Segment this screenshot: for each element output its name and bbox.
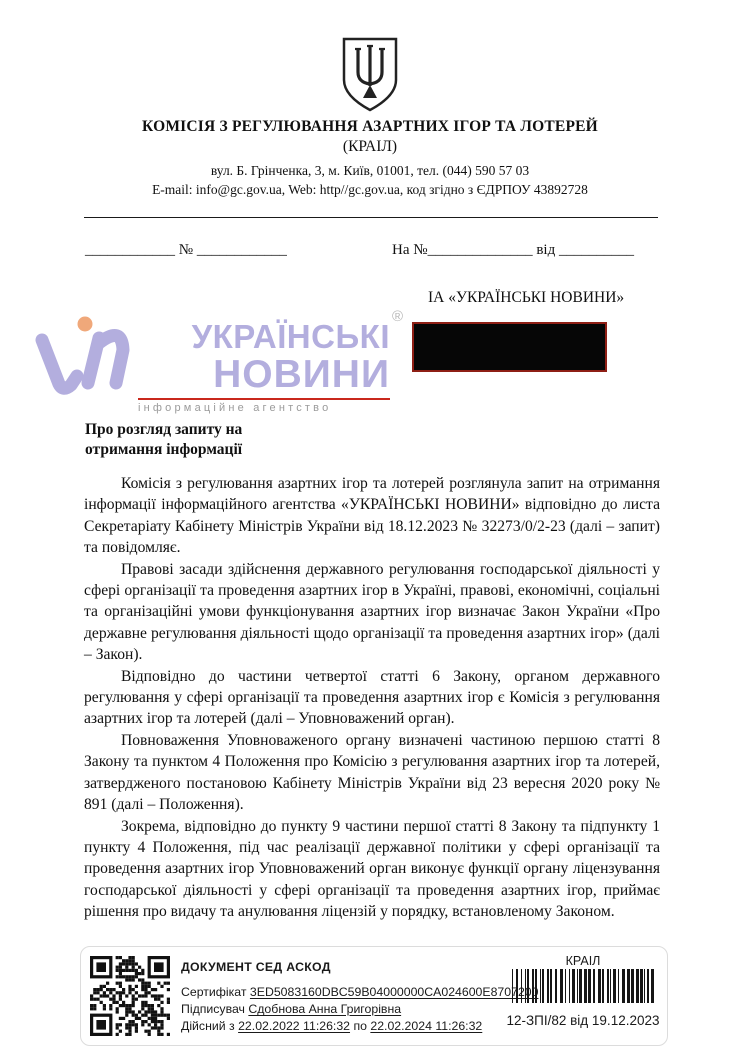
logo-tagline: інформаційне агентство — [138, 402, 392, 414]
barcode — [512, 969, 654, 1003]
subject-line-2: отримання інформації — [85, 440, 325, 460]
outgoing-date-blank: ____________ — [85, 242, 175, 258]
valid-from-value: 22.02.2022 11:26:32 — [238, 1019, 350, 1033]
body-paragraph: Зокрема, відповідно до пункту 9 частини … — [84, 816, 660, 923]
logo-red-rule — [138, 398, 390, 400]
validity-to-label: по — [353, 1019, 367, 1033]
logo-word-novyny: НОВИНИ — [105, 353, 390, 397]
incoming-date-blank: __________ — [559, 242, 634, 258]
on-number-label: На № — [392, 242, 428, 258]
subject-line: Про розгляд запиту на отримання інформац… — [85, 420, 325, 459]
from-label: від — [536, 242, 555, 258]
body-paragraph: Відповідно до частини четвертої статті 6… — [84, 666, 660, 730]
outgoing-number-line: ____________ № ____________ — [85, 242, 287, 259]
letterhead: КОМІСІЯ З РЕГУЛЮВАННЯ АЗАРТНИХ ІГОР ТА Л… — [0, 36, 740, 198]
ukraine-trident-emblem — [338, 36, 402, 114]
body-paragraph: Повноваження Уповноваженого органу визна… — [84, 730, 660, 816]
outgoing-number-blank: ____________ — [197, 242, 287, 258]
letter-body: Комісія з регулювання азартних ігор та л… — [84, 473, 660, 923]
certificate-value: 3ED5083160DBC59B04000000CA024600E8707200 — [250, 985, 539, 999]
registration-number: 12-ЗПІ/82 від 19.12.2023 — [499, 1013, 667, 1028]
signer-value: Сдобнова Анна Григорівна — [248, 1002, 401, 1016]
letterhead-divider — [84, 217, 658, 218]
valid-to-value: 22.02.2024 11:26:32 — [370, 1019, 482, 1033]
organization-name: КОМІСІЯ З РЕГУЛЮВАННЯ АЗАРТНИХ ІГОР ТА Л… — [0, 118, 740, 136]
signer-line: Підписувач Сдобнова Анна Григорівна — [181, 1001, 538, 1018]
incoming-number-line: На №______________ від __________ — [392, 242, 634, 259]
registration-block: КРАІЛ 12-ЗПІ/82 від 19.12.2023 — [499, 954, 667, 1028]
logo-word-ukrainski: УКРАЇНСЬКІ — [105, 318, 390, 356]
validity-line: Дійсний з 22.02.2022 11:26:32 по 22.02.2… — [181, 1018, 538, 1035]
registered-trademark-icon: ® — [392, 308, 403, 325]
logo-dot — [78, 317, 93, 332]
organization-abbreviation: (КРАІЛ) — [0, 138, 740, 156]
signature-stamp-block: ДОКУМЕНТ СЕД АСКОД Сертифікат 3ED5083160… — [80, 946, 668, 1046]
signer-label: Підписувач — [181, 1002, 245, 1016]
certificate-label: Сертифікат — [181, 985, 247, 999]
barcode-title: КРАІЛ — [499, 954, 667, 968]
official-letter-page: КОМІСІЯ З РЕГУЛЮВАННЯ АЗАРТНИХ ІГОР ТА Л… — [0, 0, 740, 1054]
qr-code — [90, 956, 170, 1036]
certificate-line: Сертифікат 3ED5083160DBC59B04000000CA024… — [181, 984, 538, 1001]
body-paragraph: Правові засади здійснення державного рег… — [84, 559, 660, 666]
document-system-label: ДОКУМЕНТ СЕД АСКОД — [181, 959, 538, 976]
body-paragraph: Комісія з регулювання азартних ігор та л… — [84, 473, 660, 559]
organization-contacts: E-mail: info@gc.gov.ua, Web: http//gc.go… — [0, 182, 740, 198]
signature-details: ДОКУМЕНТ СЕД АСКОД Сертифікат 3ED5083160… — [181, 959, 538, 1035]
number-sign: № — [179, 242, 193, 258]
redacted-block — [412, 322, 607, 372]
organization-address: вул. Б. Грінченка, 3, м. Київ, 01001, те… — [0, 163, 740, 179]
subject-line-1: Про розгляд запиту на — [85, 420, 325, 440]
addressee: ІА «УКРАЇНСЬКІ НОВИНИ» — [428, 289, 624, 307]
validity-label: Дійсний з — [181, 1019, 235, 1033]
incoming-number-blank: ______________ — [428, 242, 533, 258]
